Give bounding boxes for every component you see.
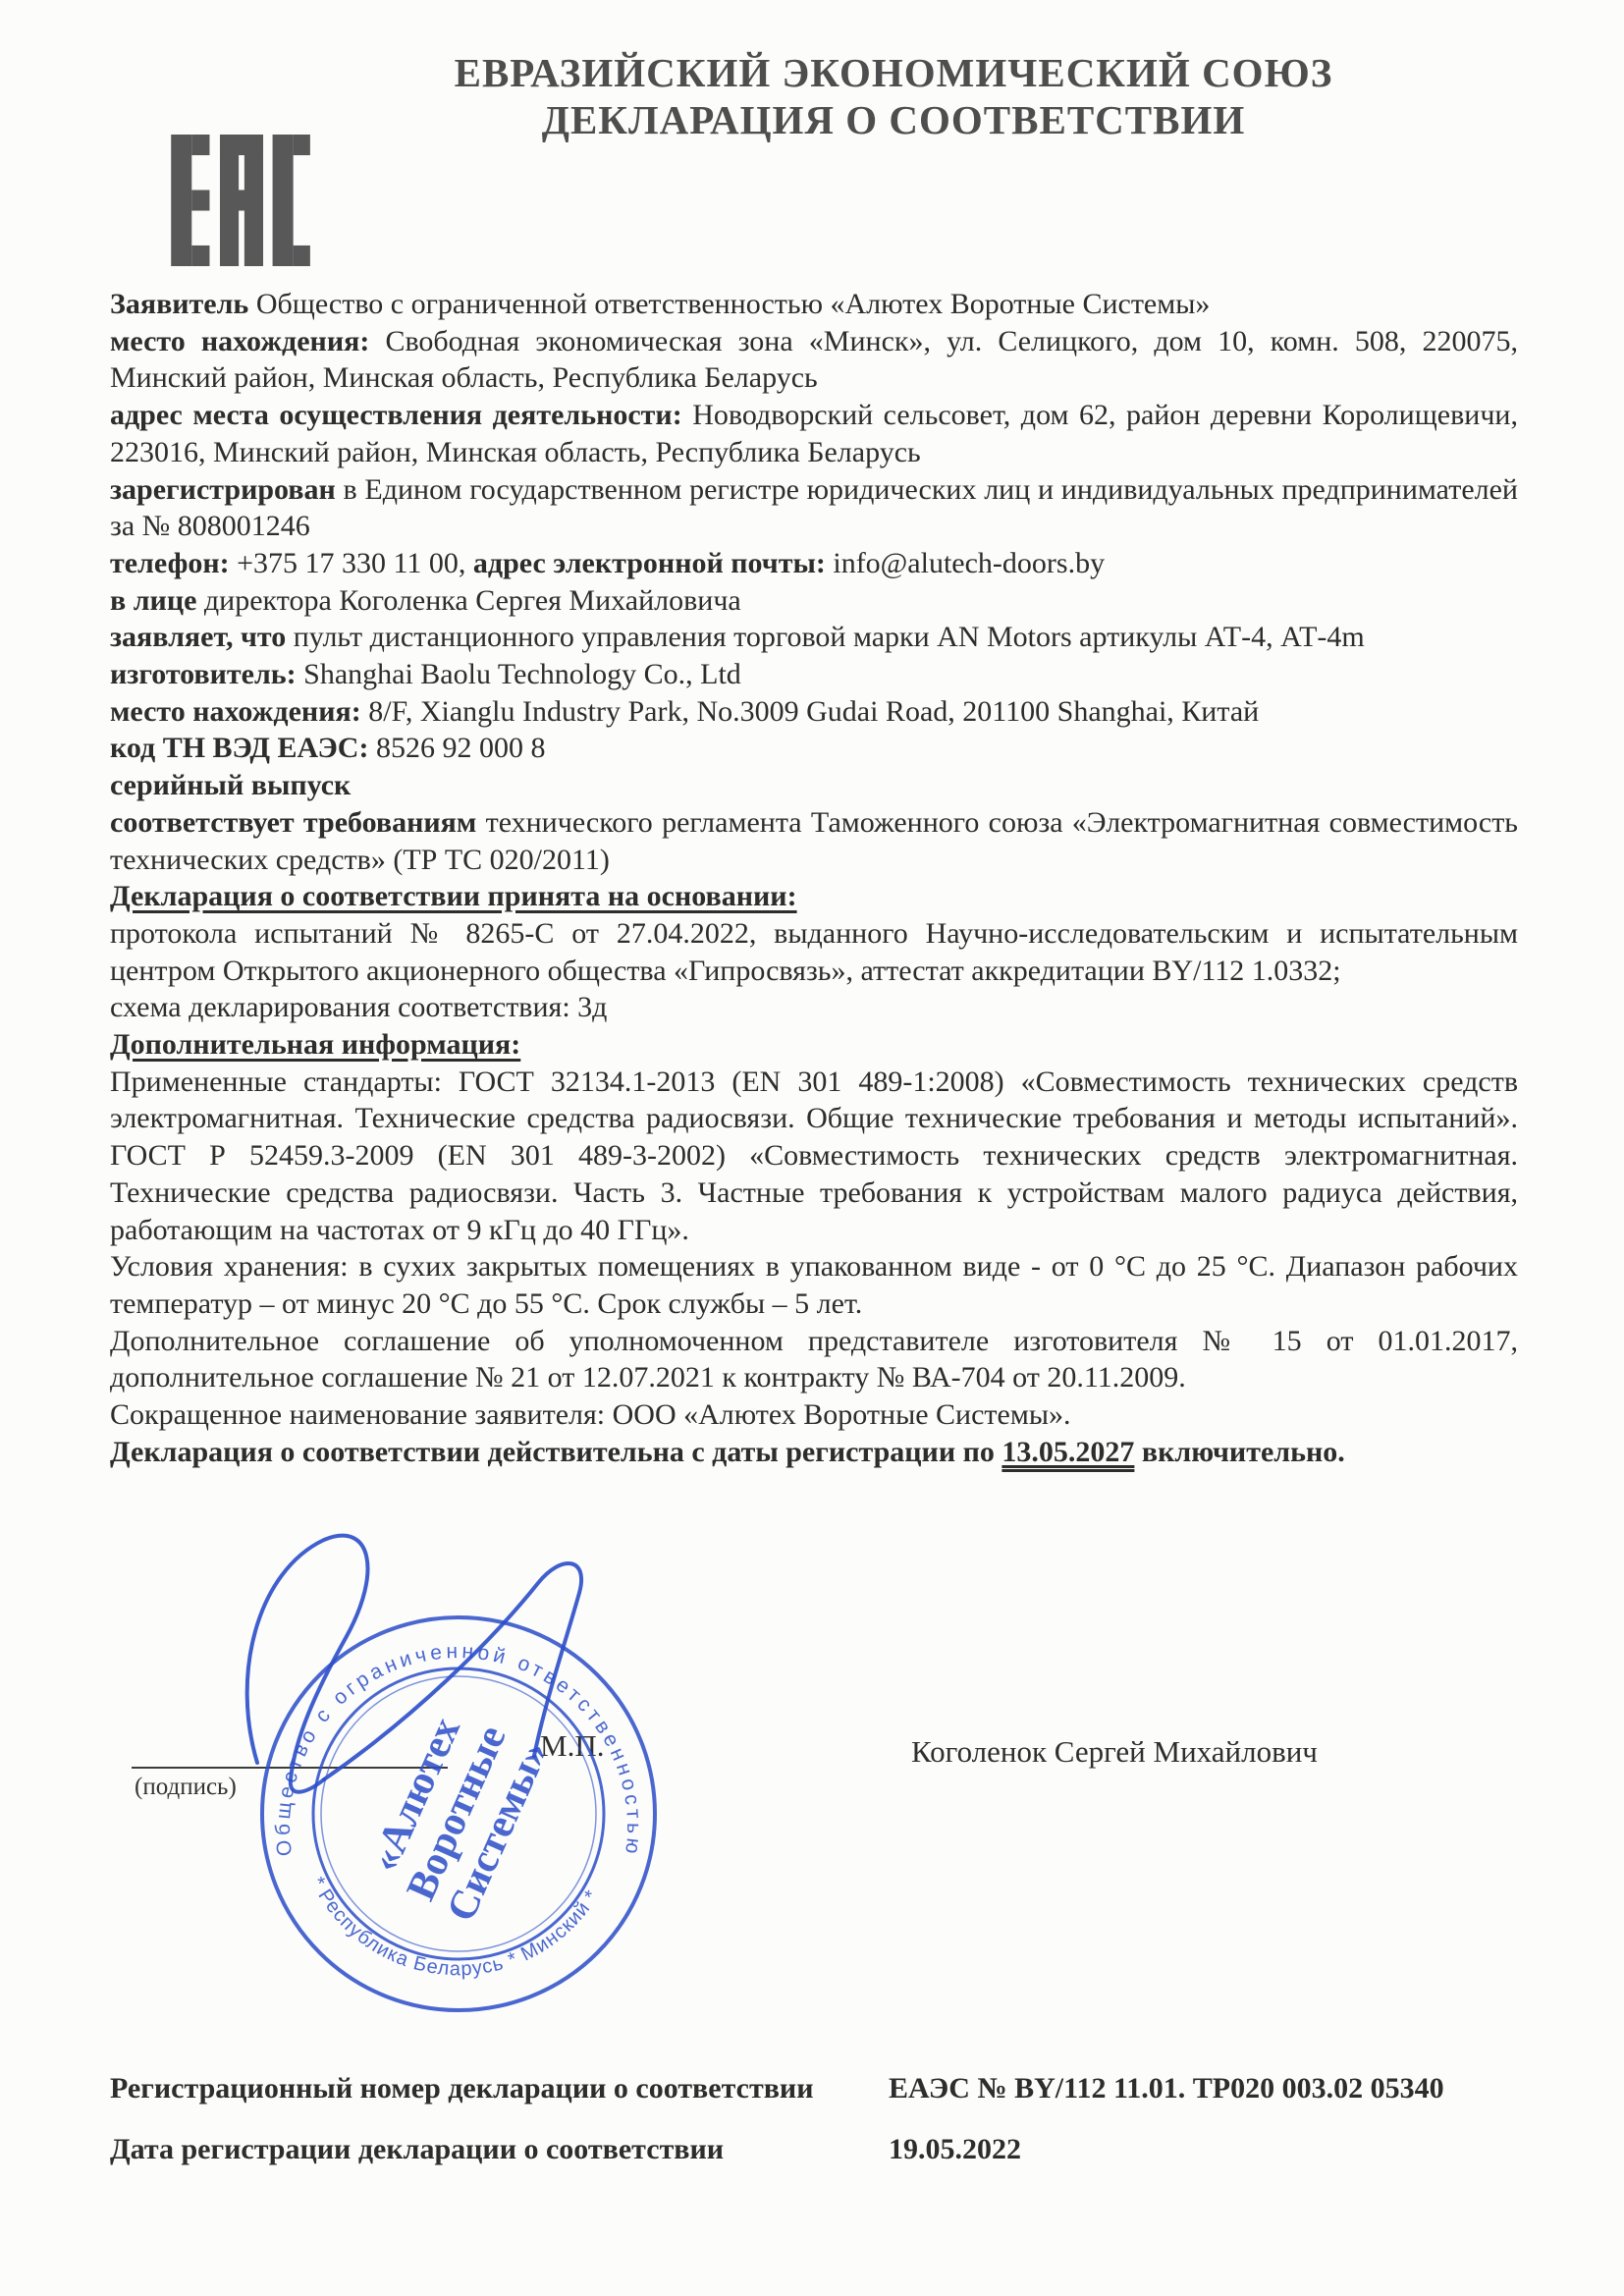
paragraph-4: зарегистрирован в Едином государственном… — [110, 471, 1518, 545]
text-segment: в лице — [110, 584, 204, 617]
text-segment: включительно. — [1134, 1436, 1344, 1468]
paragraph-12: соответствует требованиям технического р… — [110, 804, 1518, 878]
paragraph-13: Декларация о соответствии принята на осн… — [110, 878, 1518, 915]
registration-date-value: 19.05.2022 — [889, 2133, 1021, 2166]
paragraph-20: Сокращенное наименование заявителя: ООО … — [110, 1396, 1518, 1434]
paragraph-5: телефон: +375 17 330 11 00, адрес электр… — [110, 545, 1518, 582]
paragraph-2: место нахождения: Свободная экономическа… — [110, 323, 1518, 397]
registration-number-value: ЕАЭС № BY/112 11.01. ТР020 003.02 05340 — [889, 2072, 1444, 2105]
text-segment: соответствует требованиям — [110, 806, 486, 839]
text-segment: Условия хранения: в сухих закрытых помещ… — [110, 1250, 1518, 1320]
title-line-declaration: ДЕКЛАРАЦИЯ О СООТВЕТСТВИИ — [403, 96, 1384, 143]
text-segment: место нахождения: — [110, 325, 385, 357]
text-segment: Сокращенное наименование заявителя: ООО … — [110, 1398, 1071, 1431]
signer-name: Коголенок Сергей Михайлович — [911, 1734, 1318, 1770]
text-segment: заявляет, что — [110, 621, 294, 653]
paragraph-17: Примененные стандарты: ГОСТ 32134.1-2013… — [110, 1064, 1518, 1249]
text-segment: 8526 92 000 8 — [376, 732, 546, 764]
text-segment: серийный выпуск — [110, 769, 351, 801]
paragraph-9: место нахождения: 8/F, Xianglu Industry … — [110, 693, 1518, 731]
text-segment: адрес электронной почты: — [473, 547, 833, 579]
paragraph-14: протокола испытаний № 8265-С от 27.04.20… — [110, 915, 1518, 989]
text-segment: директора Коголенка Сергея Михайловича — [204, 584, 741, 617]
paragraph-18: Условия хранения: в сухих закрытых помещ… — [110, 1248, 1518, 1322]
paragraph-3: адрес места осуществления деятельности: … — [110, 397, 1518, 470]
text-segment: протокола испытаний № 8265-С от 27.04.20… — [110, 917, 1518, 987]
eac-logo: EAC — [170, 135, 313, 266]
paragraph-6: в лице директора Коголенка Сергея Михайл… — [110, 582, 1518, 620]
text-segment: 8/F, Xianglu Industry Park, No.3009 Guda… — [368, 695, 1259, 728]
paragraph-7: заявляет, что пульт дистанционного управ… — [110, 619, 1518, 656]
text-segment: Примененные стандарты: ГОСТ 32134.1-2013… — [110, 1066, 1518, 1246]
registration-date-label: Дата регистрации декларации о соответств… — [110, 2133, 724, 2166]
text-segment: 13.05.2027 — [1001, 1436, 1134, 1468]
text-segment: Дополнительное соглашение об уполномочен… — [110, 1325, 1518, 1394]
declaration-document: EAC ЕВРАЗИЙСКИЙ ЭКОНОМИЧЕСКИЙ СОЮЗ ДЕКЛА… — [0, 0, 1624, 2296]
text-segment: info@alutech-doors.by — [833, 547, 1105, 579]
text-segment: схема декларирования соответствия: 3д — [110, 991, 607, 1023]
declaration-body: Заявитель Общество с ограниченной ответс… — [110, 286, 1518, 1471]
title-line-union: ЕВРАЗИЙСКИЙ ЭКОНОМИЧЕСКИЙ СОЮЗ — [403, 49, 1384, 96]
paragraph-21: Декларация о соответствии действительна … — [110, 1434, 1518, 1471]
text-segment: пульт дистанционного управления торговой… — [294, 621, 1365, 653]
paragraph-10: код ТН ВЭД ЕАЭС: 8526 92 000 8 — [110, 730, 1518, 767]
text-segment: Shanghai Baolu Technology Co., Ltd — [303, 658, 741, 690]
text-segment: Общество с ограниченной ответственностью… — [256, 288, 1211, 320]
text-segment: код ТН ВЭД ЕАЭС: — [110, 732, 376, 764]
document-title: ЕВРАЗИЙСКИЙ ЭКОНОМИЧЕСКИЙ СОЮЗ ДЕКЛАРАЦИ… — [403, 49, 1384, 143]
text-segment: место нахождения: — [110, 695, 368, 728]
paragraph-8: изготовитель: Shanghai Baolu Technology … — [110, 656, 1518, 693]
paragraph-1: Заявитель Общество с ограниченной ответс… — [110, 286, 1518, 323]
text-segment: зарегистрирован — [110, 473, 344, 506]
paragraph-19: Дополнительное соглашение об уполномочен… — [110, 1323, 1518, 1396]
paragraph-15: схема декларирования соответствия: 3д — [110, 989, 1518, 1026]
text-segment: телефон: — [110, 547, 237, 579]
text-segment: адрес места осуществления деятельности: — [110, 399, 692, 431]
text-segment: Заявитель — [110, 288, 256, 320]
text-segment: +375 17 330 11 00, — [237, 547, 473, 579]
text-segment: Дополнительная информация: — [110, 1028, 520, 1061]
text-segment: изготовитель: — [110, 658, 303, 690]
paragraph-16: Дополнительная информация: — [110, 1026, 1518, 1064]
text-segment: Декларация о соответствии принята на осн… — [110, 880, 797, 912]
paragraph-11: серийный выпуск — [110, 767, 1518, 804]
handwritten-signature-icon — [177, 1512, 687, 1827]
text-segment: Декларация о соответствии действительна … — [110, 1436, 1001, 1468]
registration-number-label: Регистрационный номер декларации о соотв… — [110, 2072, 814, 2105]
